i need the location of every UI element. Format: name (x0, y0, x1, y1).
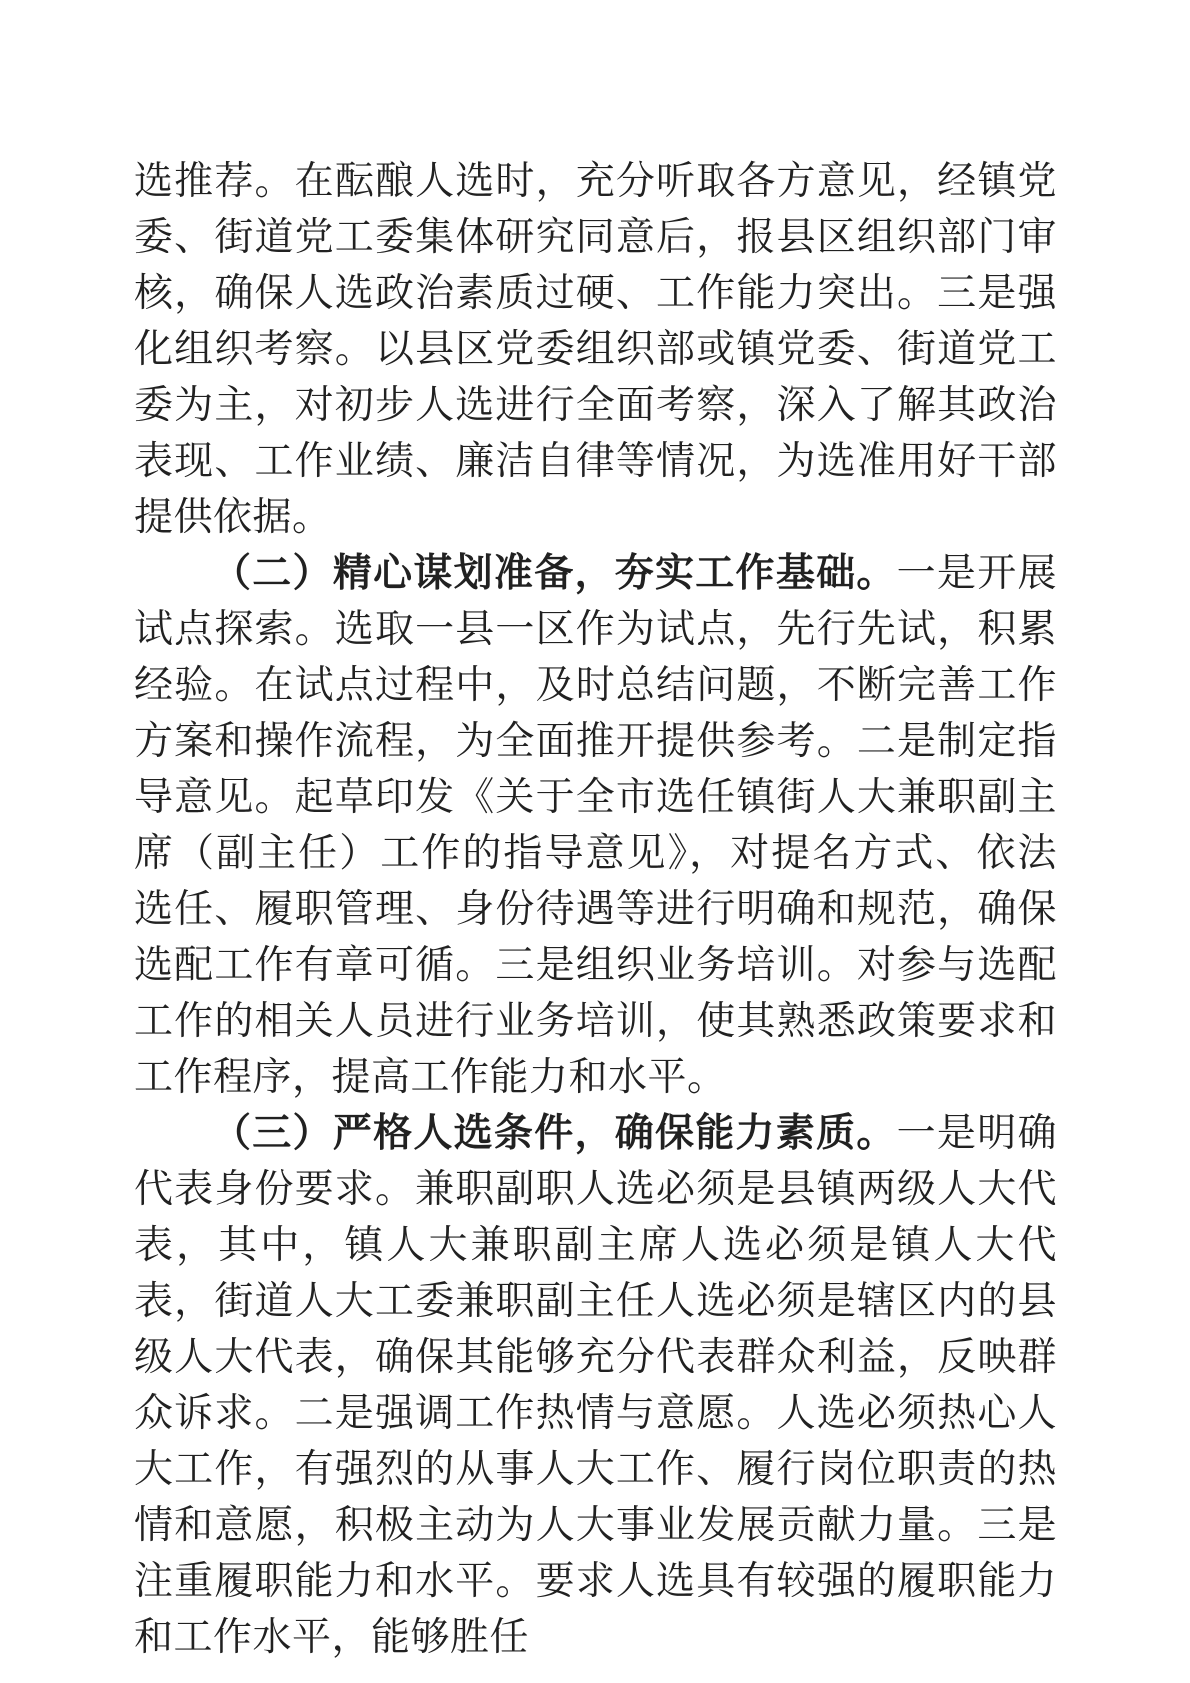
paragraph-text: 一是明确代表身份要求。兼职副职人选必须是县镇两级人大代表，其中，镇人大兼职副主席… (134, 1112, 1057, 1659)
paragraph-lead: （二）精心谋划准备，夯实工作基础。 (212, 552, 897, 595)
document-page: 选推荐。在酝酿人选时，充分听取各方意见，经镇党委、街道党工委集体研究同意后，报县… (0, 0, 1190, 1683)
document-body: 选推荐。在酝酿人选时，充分听取各方意见，经镇党委、街道党工委集体研究同意后，报县… (134, 154, 1057, 1666)
paragraph: 选推荐。在酝酿人选时，充分听取各方意见，经镇党委、街道党工委集体研究同意后，报县… (134, 154, 1057, 546)
paragraph-lead: （三）严格人选条件，确保能力素质。 (212, 1112, 897, 1155)
paragraph: （三）严格人选条件，确保能力素质。一是明确代表身份要求。兼职副职人选必须是县镇两… (134, 1106, 1057, 1666)
paragraph: （二）精心谋划准备，夯实工作基础。一是开展试点探索。选取一县一区作为试点，先行先… (134, 546, 1057, 1106)
paragraph-text: 一是开展试点探索。选取一县一区作为试点，先行先试，积累经验。在试点过程中，及时总… (134, 552, 1057, 1099)
paragraph-text: 选推荐。在酝酿人选时，充分听取各方意见，经镇党委、街道党工委集体研究同意后，报县… (134, 160, 1057, 539)
